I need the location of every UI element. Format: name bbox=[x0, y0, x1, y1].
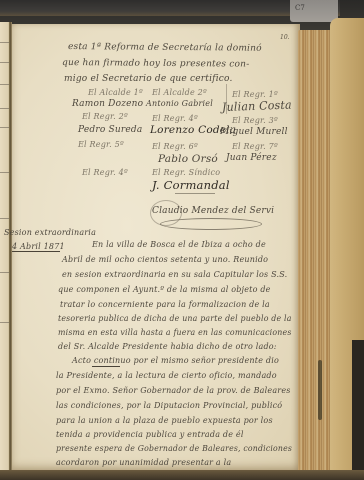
margin-rule bbox=[12, 251, 60, 252]
page-edge-stain bbox=[318, 360, 322, 420]
margin-note-date: 4 Abril 1871 bbox=[12, 242, 65, 251]
body-line-9: Acto continuo por el mismo señor preside… bbox=[72, 356, 279, 365]
sig-title-sindico: El Regr. Síndico bbox=[152, 168, 220, 177]
sig-title-alcalde-2: El Alcalde 2º bbox=[152, 88, 207, 97]
sig-name-regidor-2: Pedro Sureda bbox=[78, 125, 142, 135]
body-line-1: En la villa de Bosca el de Ibiza a ocho … bbox=[92, 240, 266, 249]
sig-name-sindico: J. Cormandal bbox=[152, 178, 230, 192]
sindico-flourish bbox=[175, 193, 215, 194]
sig-title-regidor-2: El Regr. 2º bbox=[82, 112, 128, 121]
archive-tab-label: C7 bbox=[295, 4, 305, 12]
sig-title-alcalde-1: El Alcalde 1º bbox=[88, 88, 143, 97]
sig-name-regidor-7: Juan Pérez bbox=[226, 153, 277, 163]
sig-name-alcalde-2: Antonio Gabriel bbox=[146, 99, 213, 108]
folio-number: 10. bbox=[280, 34, 290, 41]
sig-title-regidor-7: El Regr. 7º bbox=[232, 142, 278, 151]
body-line-14: tenida a providencia publica y entrada d… bbox=[56, 430, 244, 439]
body-line-2: Abril de mil ocho cientos setenta y uno.… bbox=[62, 255, 268, 264]
sig-title-regidor-3: El Regr. 3º bbox=[232, 116, 278, 125]
closing-line-2: que han firmado hoy los presentes con- bbox=[62, 58, 249, 70]
margin-note-title: Sesion extraordinaria bbox=[4, 228, 96, 237]
sig-name-regidor-6: Pablo Orsó bbox=[158, 153, 218, 165]
document-photo: C7 10. esta 1ª Reforma de Secretaría la … bbox=[0, 0, 364, 480]
sig-name-alcalde-1: Ramon Dozeno bbox=[72, 99, 143, 109]
sig-name-regidor-3: Miguel Murell bbox=[220, 127, 288, 137]
sig-title-regidor-6: El Regr. 6º bbox=[152, 142, 198, 151]
sig-name-regidor-1: Julian Costa bbox=[222, 98, 292, 114]
body-line-5: tratar lo concerniente para la formaliza… bbox=[60, 300, 270, 309]
body-line-7: misma en esta villa hasta a fuera en las… bbox=[58, 328, 292, 337]
body-line-10: la Presidente, a la lectura de cierto of… bbox=[56, 371, 277, 380]
page-block-edges bbox=[298, 30, 332, 474]
page-bottom-shadow bbox=[0, 470, 364, 480]
body-line-11: por el Exmo. Señor Gobernador de la prov… bbox=[56, 386, 291, 395]
body-line-16: acordaron por unanimidad presentar a la bbox=[56, 458, 231, 467]
secretary-flourish-loop bbox=[150, 200, 182, 226]
sig-title-regidor-4: El Regr. 4º bbox=[152, 114, 198, 123]
body-line-6: tesoreria publica de dicha de una parte … bbox=[58, 314, 292, 323]
closing-line-1: esta 1ª Reforma de Secretaría la dominó bbox=[68, 42, 262, 54]
background-shadow bbox=[352, 340, 364, 480]
sig-title-regidor-5: El Regr. 5º bbox=[78, 140, 124, 149]
body-line-3: en sesion extraordinaria en su sala Capi… bbox=[62, 270, 287, 279]
body-line-12: las condiciones, por la Diputacion Provi… bbox=[56, 401, 282, 410]
book-holder-strip bbox=[0, 0, 340, 16]
body-line-4: que componen el Ayunt.º de la misma al o… bbox=[58, 285, 271, 294]
body-underline bbox=[92, 366, 120, 367]
body-line-8: del Sr. Alcalde Presidente habia dicho d… bbox=[58, 342, 277, 351]
closing-line-3: migo el Secretario de que certifico. bbox=[64, 74, 233, 84]
sig-title-regidor-col1-4: El Regr. 4º bbox=[82, 168, 128, 177]
body-line-15: presente espera de Gobernador de Baleare… bbox=[56, 444, 292, 453]
body-line-13: para la union a la plaza de pueblo expue… bbox=[56, 416, 273, 425]
